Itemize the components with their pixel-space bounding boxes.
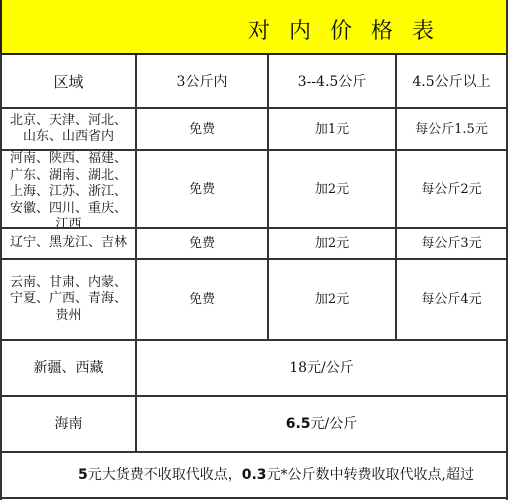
header-3-to-4.5kg: 3--4.5公斤: [269, 57, 395, 107]
footer-text-1: 元大货费不收取代收点，: [88, 467, 242, 484]
price-cell: 加2元: [269, 260, 395, 339]
price-cell: 每公斤2元: [397, 151, 506, 227]
footer-text-2: 元*公斤数中转费收取代收点,超过: [267, 467, 474, 484]
header-region: 区域: [2, 57, 135, 107]
price-unit: 元/公斤: [311, 416, 358, 433]
footer-note: 5元大货费不收取代收点，0.3元*公斤数中转费收取代收点,超过: [2, 453, 506, 497]
flat-price-cell: 6.5元/公斤: [137, 397, 506, 451]
price-cell: 免费: [137, 260, 267, 339]
price-number: 6.5: [286, 416, 311, 433]
flat-price-cell: 18元/公斤: [137, 341, 506, 395]
region-cell: 云南、甘肃、内蒙、宁夏、广西、青海、贵州: [2, 260, 135, 339]
price-cell: 免费: [137, 109, 267, 149]
region-cell: 海南: [2, 397, 135, 451]
header-under-3kg: 3公斤内: [137, 57, 267, 107]
price-cell: 免费: [137, 151, 267, 227]
grid-line: [0, 497, 508, 499]
price-cell: 每公斤4元: [397, 260, 506, 339]
price-cell: 加2元: [269, 151, 395, 227]
header-over-4.5kg: 4.5公斤以上: [397, 57, 506, 107]
region-cell: 辽宁、黑龙江、吉林: [2, 229, 135, 258]
region-cell: 北京、天津、河北、山东、山西省内: [2, 109, 135, 149]
title-bar: 对 内 价 格 表: [0, 0, 507, 55]
table-title: 对 内 价 格 表: [248, 14, 440, 45]
price-cell: 免费: [137, 229, 267, 258]
footer-num-1: 5: [78, 467, 88, 484]
price-table-sheet: 对 内 价 格 表 区域 3公斤内 3--4.5公斤 4.5公斤以上 北京、天津…: [0, 0, 509, 500]
price-cell: 每公斤1.5元: [397, 109, 506, 149]
price-cell: 每公斤3元: [397, 229, 506, 258]
price-cell: 加2元: [269, 229, 395, 258]
price-cell: 加1元: [269, 109, 395, 149]
region-cell: 新疆、西藏: [2, 341, 135, 395]
region-cell: 河南、陕西、福建、广东、湖南、湖北、上海、江苏、浙江、安徽、四川、重庆、江西: [2, 151, 135, 227]
footer-num-2: 0.3: [242, 467, 267, 484]
grid-line: [506, 0, 508, 500]
